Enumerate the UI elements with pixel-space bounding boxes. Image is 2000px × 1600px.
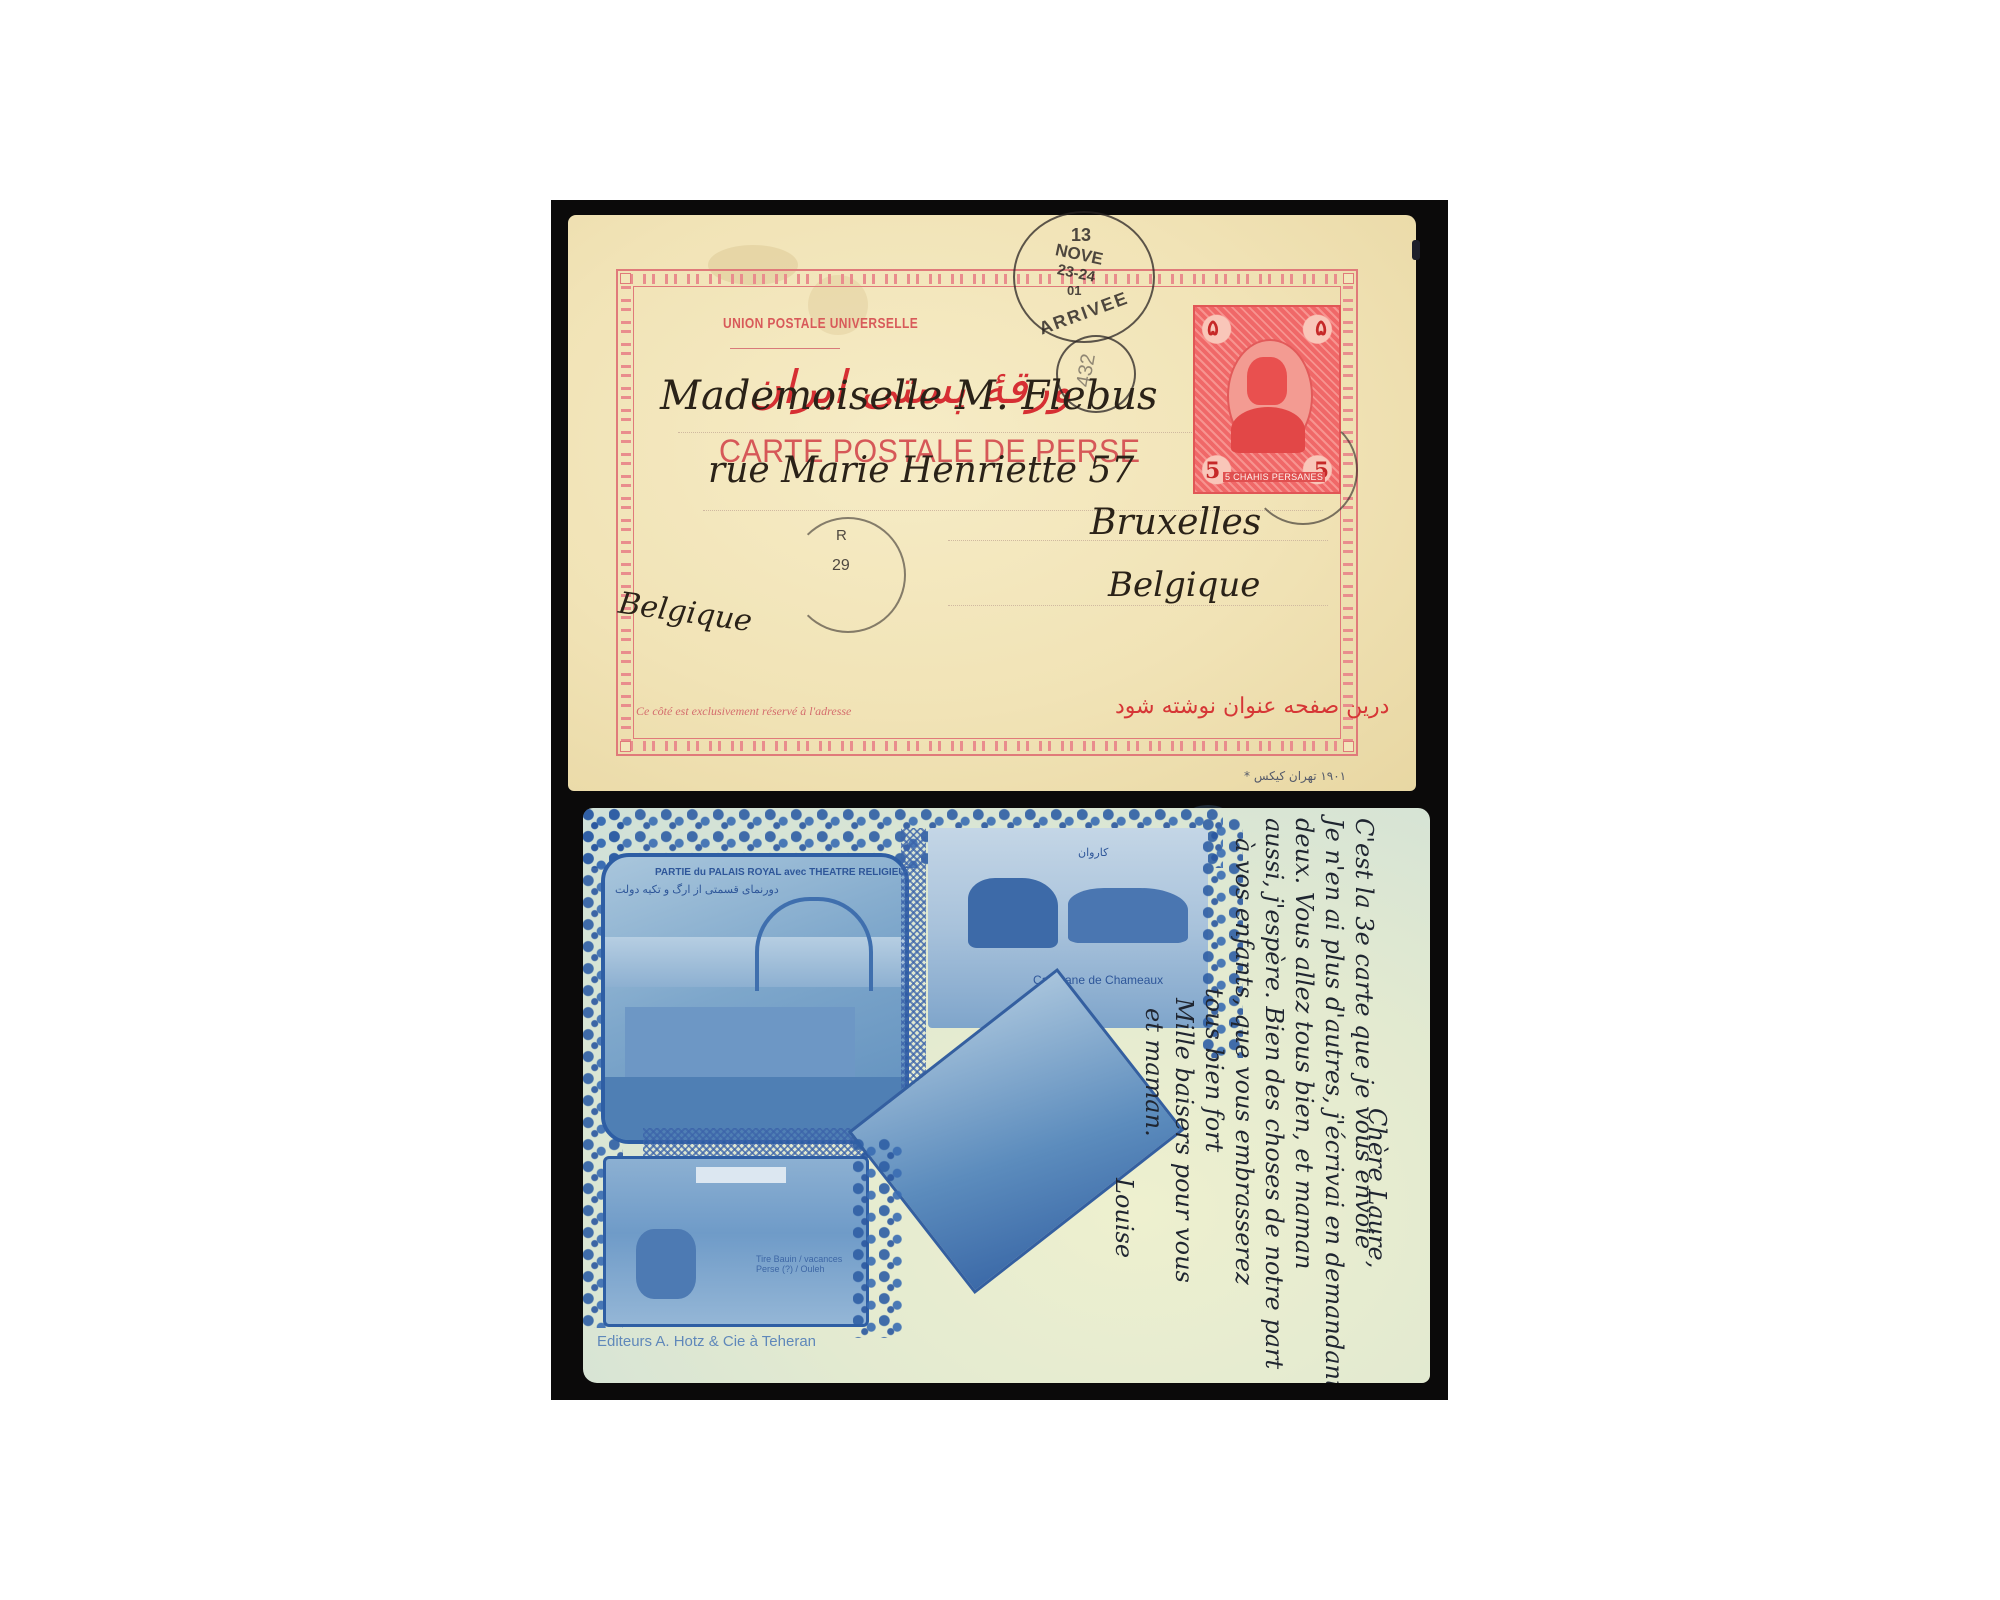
postmark-arrivee: ARRIVEE [1036, 288, 1132, 340]
publisher-imprint: Editeurs A. Hotz & Cie à Teheran [597, 1333, 816, 1350]
message-line: et maman. [1140, 1008, 1168, 1137]
message-line: Louise [1110, 1178, 1138, 1258]
message-line: à vos enfants, que vous embrasserez [1230, 838, 1258, 1285]
message-line: aussi, j'espère. Bien des choses de notr… [1260, 818, 1288, 1369]
postmark-year: 01 [1067, 283, 1081, 298]
footer-persian-notice: درین صفحه عنوان نوشته شود [1115, 694, 1389, 719]
vignette-garden-pool: Tire Bauin / vacances Perse (?) / Ouleh [603, 1156, 869, 1327]
camel-group [1068, 888, 1188, 943]
corner-ornament [620, 741, 631, 752]
transit-postmark-day: 29 [832, 557, 850, 575]
vignette-caption: PARTIE du PALAIS ROYAL avec THEATRE RELI… [655, 867, 909, 878]
pavilion [696, 1167, 786, 1183]
message-line: C'est la 3e carte que je vous envoie [1350, 818, 1378, 1249]
header-rule [730, 348, 840, 349]
vignette-caption-persian: کاروان [1078, 846, 1108, 859]
lace-border [643, 1128, 883, 1158]
address-line-3: Bruxelles [1090, 502, 1261, 543]
pencil-annotation: ۱۹۰۱ تهران کیکس * [1244, 769, 1346, 783]
message-line: Mille baisers pour vous [1170, 998, 1198, 1283]
address-line-2: rue Marie Henriette 57 [708, 450, 1134, 491]
footer-french-notice: Ce côté est exclusivement réservé à l'ad… [636, 704, 851, 719]
transit-postmark-letter: R [836, 527, 847, 544]
card-tear [1412, 240, 1420, 260]
tehran-postmark [1248, 415, 1358, 525]
corner-ornament [1343, 273, 1354, 284]
vignette-palais-royal: PARTIE du PALAIS ROYAL avec THEATRE RELI… [601, 853, 909, 1144]
vignette-caption: Tire Bauin / vacances Perse (?) / Ouleh [756, 1254, 856, 1274]
address-line-1: Mademoiselle M. Flebus [660, 373, 1158, 419]
shah-portrait-head [1247, 357, 1287, 405]
address-line [948, 605, 1328, 606]
figures [636, 1229, 696, 1299]
transit-postmark: R 29 [790, 517, 906, 633]
address-line-4: Belgique [1108, 565, 1260, 605]
building [625, 1007, 855, 1077]
message-line: Je n'en ai plus d'autres, j'écrivai en d… [1320, 818, 1348, 1383]
stamp-value-top-left: ۵ [1207, 315, 1219, 341]
dome-frame [755, 897, 873, 991]
camel-group [968, 878, 1058, 948]
postcard-front-address-side: UNION POSTALE UNIVERSELLE ورقهٔ پستی ایر… [568, 215, 1416, 791]
stamp-value-top-right: ۵ [1315, 315, 1327, 341]
vignette-caption-persian: دورنمای قسمتی از ارگ و تکیه دولت [615, 883, 779, 896]
address-line [678, 432, 1198, 433]
upu-header: UNION POSTALE UNIVERSELLE [723, 315, 918, 332]
stamp-value-bottom-left: 5 [1205, 458, 1220, 484]
corner-ornament [1343, 741, 1354, 752]
floral-ornament [853, 1138, 903, 1338]
corner-ornament [620, 273, 631, 284]
postcard-back-picture-side: PARTIE du PALAIS ROYAL avec THEATRE RELI… [583, 808, 1430, 1383]
message-line: deux. Vous allez tous bien, et maman [1290, 818, 1318, 1269]
arrival-postmark: 13 NOVE 23-24 01 ARRIVEE [1013, 211, 1155, 343]
message-line: tous bien fort [1200, 988, 1228, 1152]
